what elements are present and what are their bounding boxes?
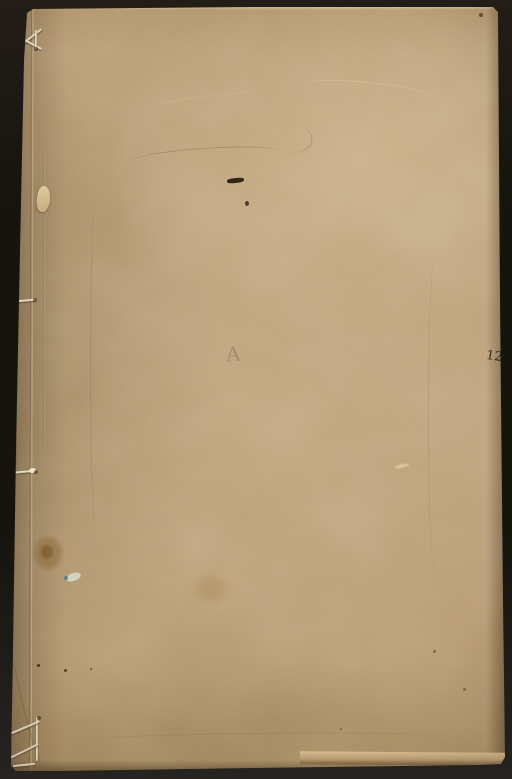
- speck-5: [433, 650, 436, 653]
- photo-vignette: [0, 0, 512, 779]
- book-front-cover: A12: [0, 0, 512, 779]
- speck-6: [463, 688, 466, 691]
- scanned-book-photo: A12: [0, 0, 512, 779]
- ink-dot-mark: [245, 201, 249, 206]
- paper-crease: [299, 75, 441, 113]
- edge-handwritten-mark: 12: [485, 349, 503, 364]
- paper-texture-overlay: [0, 0, 512, 779]
- faint-stain: [196, 576, 226, 602]
- soot-smudge: [3, 437, 15, 475]
- speck-1: [479, 13, 483, 17]
- paper-fleck-dot: [64, 576, 68, 580]
- pencil-scribble-mark: A: [225, 344, 241, 365]
- top-edge-highlight: [27, 7, 497, 10]
- spine-shadow: [8, 0, 66, 779]
- binding-hole-top: [34, 47, 38, 51]
- scratch-light: [395, 463, 410, 470]
- paper-crease: [128, 143, 279, 170]
- binding-hole-bottom: [37, 716, 41, 720]
- binding-hole-mid-lower: [34, 470, 38, 474]
- paper-crease: [60, 730, 440, 748]
- fore-edge-shadow: [486, 7, 506, 767]
- paper-crease: [249, 111, 316, 159]
- loose-thread-curl: [5, 7, 27, 29]
- paper-crease: [90, 200, 101, 530]
- speck-2: [37, 664, 40, 667]
- binding-hole-mid-upper: [33, 298, 37, 302]
- stain-ring-core: [41, 545, 53, 559]
- speck-4: [90, 668, 92, 670]
- bottom-edge-shadow: [11, 760, 505, 771]
- paper-crease: [428, 260, 441, 570]
- speck-7: [340, 728, 342, 730]
- speck-3: [64, 669, 67, 672]
- paper-crease: [150, 88, 271, 118]
- ink-dash-mark: [227, 177, 244, 184]
